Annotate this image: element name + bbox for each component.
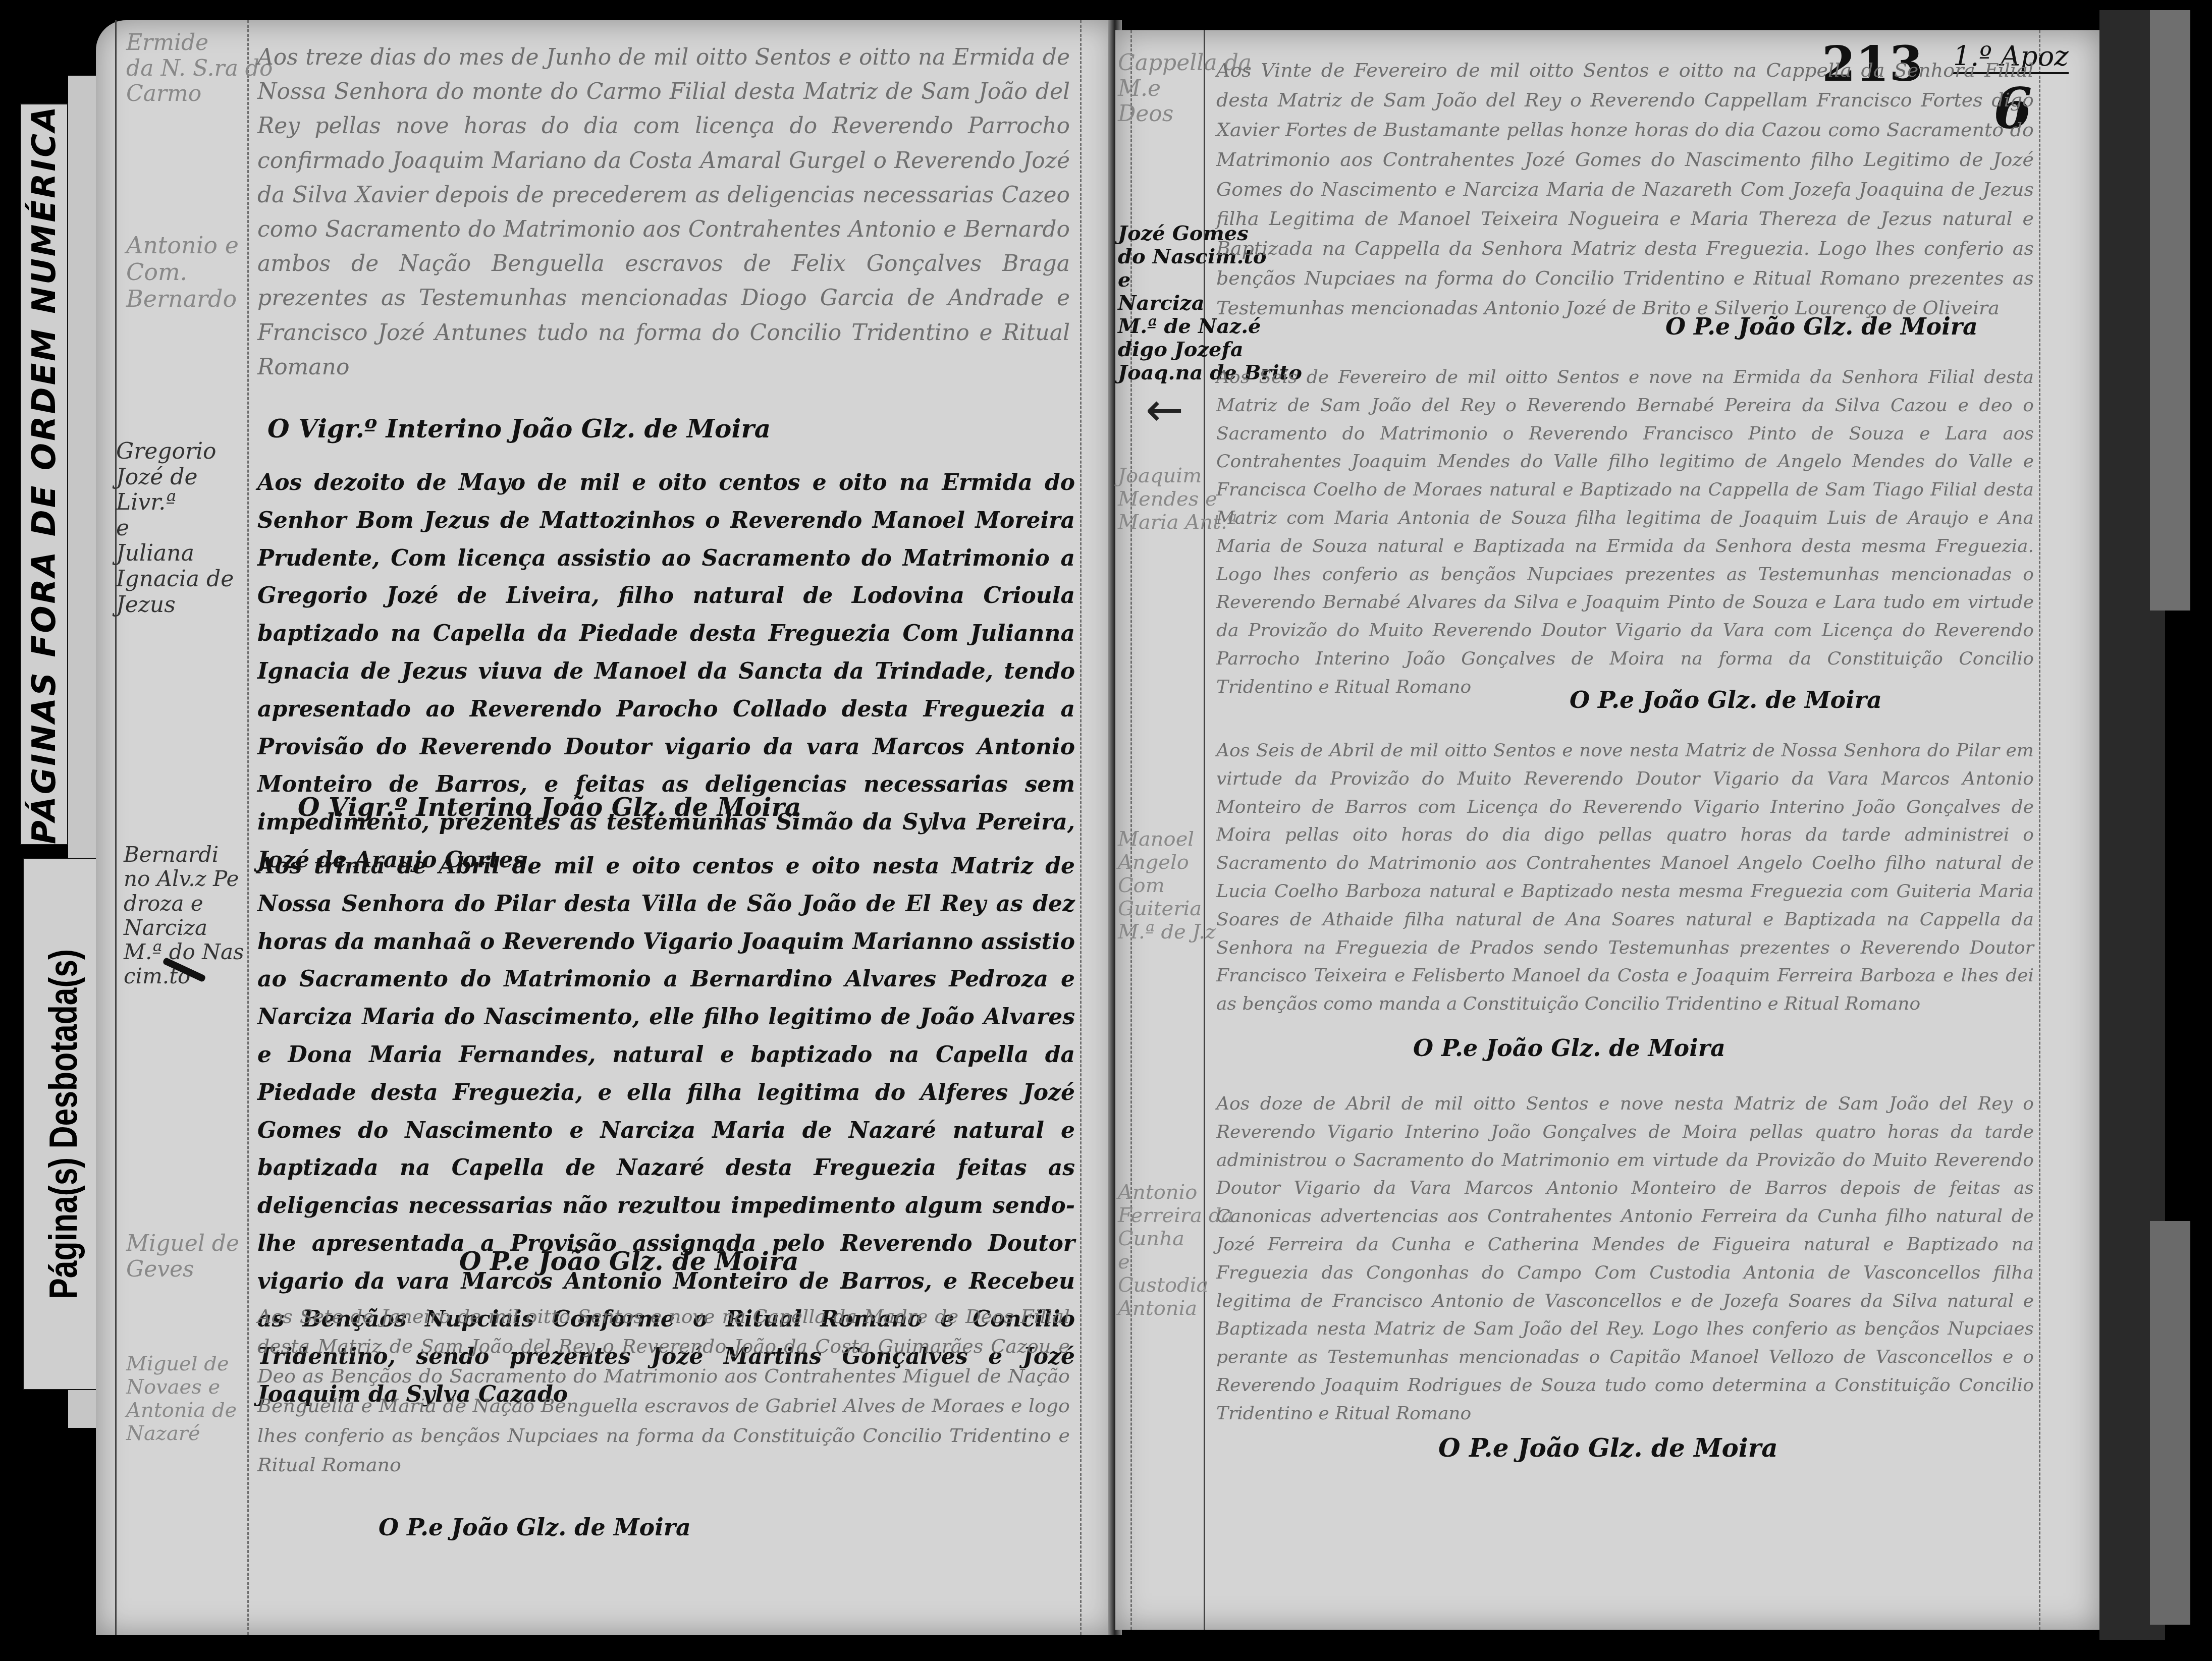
left-arrow-icon: ← [1146,383,1183,436]
signature: O P.e João Glz. de Moira [1665,313,1978,340]
margin-note: Manoel Angelo Com Guiteria M.ª de J.z [1118,827,1216,944]
margin-note: Ermide da N. S.ra do Carmo [126,30,273,107]
register-entry: Aos Seis de Abril de mil oitto Sentos e … [1216,737,2034,1018]
right-page-right-margin-line [2039,30,2040,1630]
out-of-order-pages-tab: PÁGINAS FORA DE ORDEM NUMÉRICA [20,103,68,845]
signature: O P.e João Glz. de Moira [459,1246,799,1276]
left-page-right-margin-line [1080,20,1082,1635]
left-page-inner-margin-line [247,20,249,1635]
register-entry: Aos treze dias do mes de Junho de mil oi… [257,40,1070,384]
register-entry: Aos doze de Abril de mil oitto Sentos e … [1216,1090,2034,1428]
register-entry: Aos Sete de Janeiro de mil oitto Sentos … [257,1302,1070,1480]
register-entry: Aos Vinte de Fevereiro de mil oitto Sent… [1216,56,2034,323]
margin-note: Gregorio Jozé de Livr.ª e Juliana Ignaci… [116,439,234,618]
faded-pages-tab: Página(s) Desbotada(s) [23,858,103,1390]
adjacent-page-edge [2150,1221,2190,1625]
adjacent-page-edge [2150,10,2190,611]
signature: O P.e João Glz. de Moira [1570,686,1882,713]
left-page-outer-margin-line [115,20,117,1635]
margin-note: Antonio e Com. Bernardo [126,232,239,312]
out-of-order-label: PÁGINAS FORA DE ORDEM NUMÉRICA [26,104,63,844]
margin-note: Miguel de Geves [126,1231,239,1282]
signature: O Vigr.º Interino João Glz. de Moira [267,414,771,444]
signature: O P.e João Glz. de Moira [1413,1034,1725,1062]
margin-note: Miguel de Novaes e Antonia de Nazaré [126,1352,237,1445]
left-page: Ermide da N. S.ra do Carmo Antonio e Com… [96,20,1115,1635]
document-scan: PÁGINAS FORA DE ORDEM NUMÉRICA Página(s)… [0,0,2212,1661]
signature: O Vigr.º Interino João Glz. de Moira [298,792,801,822]
signature: O P.e João Glz. de Moira [379,1514,691,1541]
faded-pages-label: Página(s) Desbotada(s) [40,949,86,1299]
right-page: 213 1.º Apoz 6 Cappella da M.e Deos Jozé… [1115,30,2099,1630]
signature: O P.e João Glz. de Moira [1438,1433,1778,1463]
register-entry: Aos Seis de Fevereiro de mil oitto Sento… [1216,363,2034,701]
